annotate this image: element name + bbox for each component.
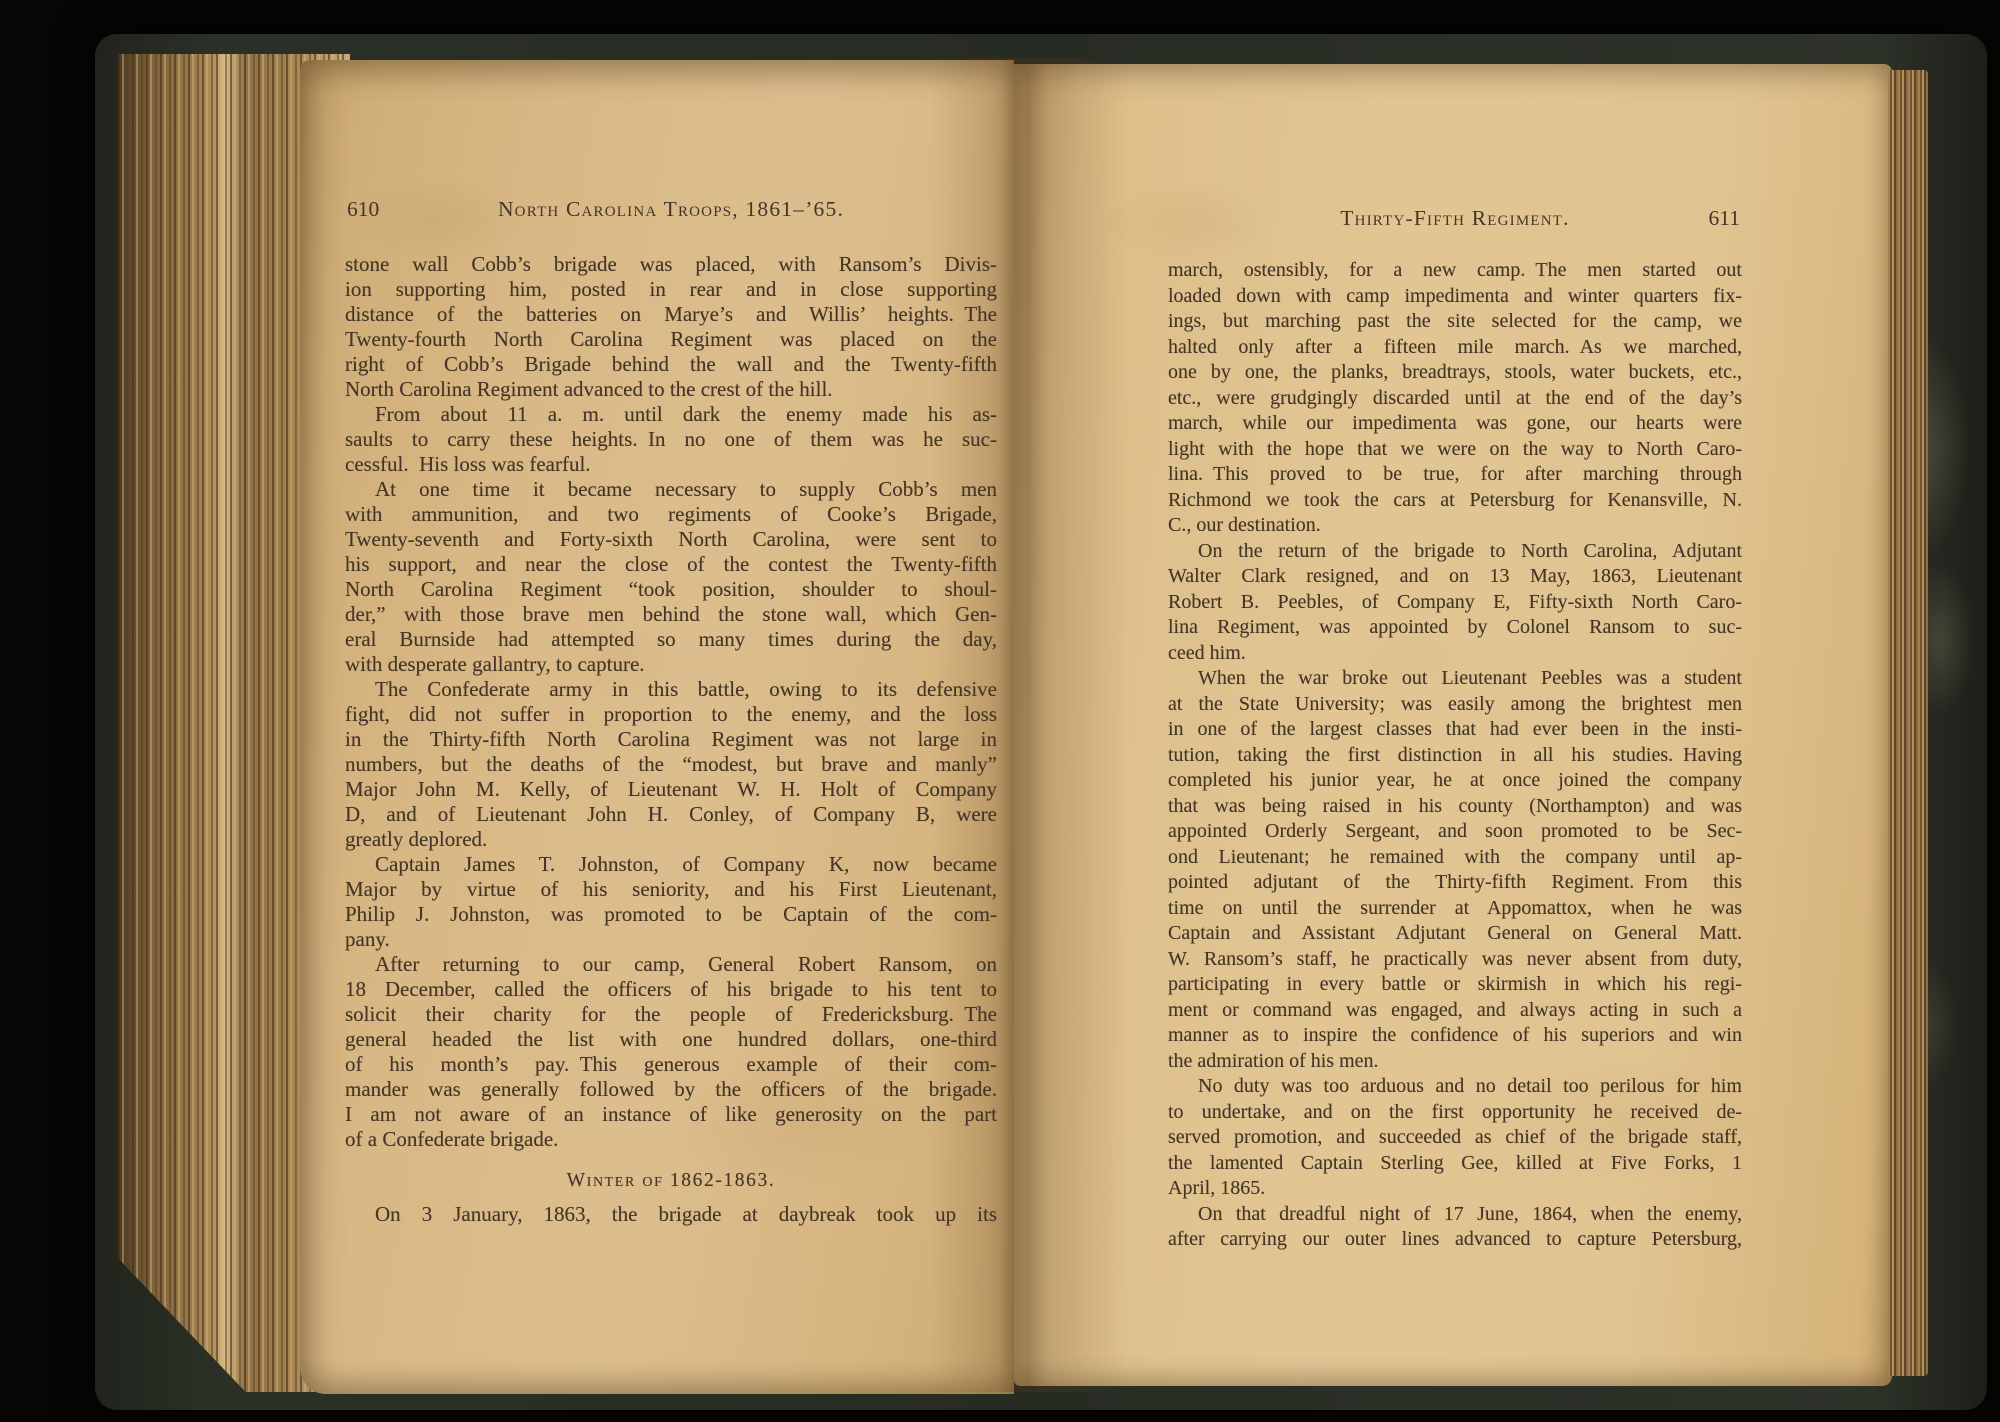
text-line: Major John M. Kelly, of Lieutenant W. H.…	[345, 777, 997, 802]
text-line: North Carolina Regiment “took position, …	[345, 577, 997, 602]
left-page-body: stone wall Cobb’s brigade was placed, wi…	[345, 252, 997, 1227]
paragraph: stone wall Cobb’s brigade was placed, wi…	[345, 252, 997, 402]
text-line: Twenty-fourth North Carolina Regiment wa…	[345, 327, 997, 352]
text-line: When the war broke out Lieutenant Peeble…	[1168, 666, 1742, 692]
text-line: ion supporting him, posted in rear and i…	[345, 277, 997, 302]
text-line: general headed the list with one hundred…	[345, 1027, 997, 1052]
text-line: of a Confederate brigade.	[345, 1127, 997, 1152]
text-line: After returning to our camp, General Rob…	[345, 952, 997, 977]
right-page-number: 611	[1709, 205, 1740, 231]
text-line: participating in every battle or skirmis…	[1168, 972, 1742, 998]
text-line: march, ostensibly, for a new camp. The m…	[1168, 258, 1742, 284]
text-line: ment or command was engaged, and always …	[1168, 998, 1742, 1024]
text-line: right of Cobb’s Brigade behind the wall …	[345, 352, 997, 377]
text-line: Captain James T. Johnston, of Company K,…	[345, 852, 997, 877]
text-line: Major by virtue of his seniority, and hi…	[345, 877, 997, 902]
paragraph: When the war broke out Lieutenant Peeble…	[1168, 666, 1742, 1074]
left-page-number: 610	[347, 196, 379, 222]
text-line: mander was generally followed by the off…	[345, 1077, 997, 1102]
text-line: in the Thirty-fifth North Carolina Regim…	[345, 727, 997, 752]
text-line: Walter Clark resigned, and on 13 May, 18…	[1168, 564, 1742, 590]
text-line: On 3 January, 1863, the brigade at daybr…	[345, 1202, 997, 1227]
text-line: greatly deplored.	[345, 827, 997, 852]
text-line: At one time it became necessary to suppl…	[345, 477, 997, 502]
text-line: 18 December, called the officers of his …	[345, 977, 997, 1002]
text-line: one by one, the planks, breadtrays, stoo…	[1168, 360, 1742, 386]
text-line: to undertake, and on the first opportuni…	[1168, 1100, 1742, 1126]
text-line: lina. This proved to be true, for after …	[1168, 462, 1742, 488]
text-line: loaded down with camp impedimenta and wi…	[1168, 284, 1742, 310]
text-line: Philip J. Johnston, was promoted to be C…	[345, 902, 997, 927]
text-line: D, and of Lieutenant John H. Conley, of …	[345, 802, 997, 827]
text-line: saults to carry these heights. In no one…	[345, 427, 997, 452]
text-line: march, while our impedimenta was gone, o…	[1168, 411, 1742, 437]
text-line: at the State University; was easily amon…	[1168, 692, 1742, 718]
text-line: manner as to inspire the confidence of h…	[1168, 1023, 1742, 1049]
text-line: pany.	[345, 927, 997, 952]
text-line: W. Ransom’s staff, he practically was ne…	[1168, 947, 1742, 973]
paragraph: On the return of the brigade to North Ca…	[1168, 539, 1742, 667]
text-line: der,” with those brave men behind the st…	[345, 602, 997, 627]
left-running-title: North Carolina Troops, 1861–’65.	[345, 196, 997, 222]
text-line: that was being raised in his county (Nor…	[1168, 794, 1742, 820]
text-line: etc., were grudgingly discarded until at…	[1168, 386, 1742, 412]
text-line: ond Lieutenant; he remained with the com…	[1168, 845, 1742, 871]
text-line: numbers, but the deaths of the “modest, …	[345, 752, 997, 777]
text-line: halted only after a fifteen mile march. …	[1168, 335, 1742, 361]
paragraph: On 3 January, 1863, the brigade at daybr…	[345, 1202, 997, 1227]
text-line: I am not aware of an instance of like ge…	[345, 1102, 997, 1127]
open-book-photo: 610 North Carolina Troops, 1861–’65. sto…	[0, 0, 2000, 1422]
page-edge-stack-right	[1888, 70, 1928, 1376]
right-running-title: Thirty-Fifth Regiment.	[1168, 205, 1742, 231]
right-page-text: Thirty-Fifth Regiment. 611 march, ostens…	[1168, 205, 1742, 1253]
text-line: appointed Orderly Sergeant, and soon pro…	[1168, 819, 1742, 845]
text-line: April, 1865.	[1168, 1176, 1742, 1202]
text-line: in one of the largest classes that had e…	[1168, 717, 1742, 743]
text-line: Robert B. Peebles, of Company E, Fifty-s…	[1168, 590, 1742, 616]
text-line: On the return of the brigade to North Ca…	[1168, 539, 1742, 565]
text-line: stone wall Cobb’s brigade was placed, wi…	[345, 252, 997, 277]
text-line: his support, and near the close of the c…	[345, 552, 997, 577]
paragraph: After returning to our camp, General Rob…	[345, 952, 997, 1152]
text-line: solicit their charity for the people of …	[345, 1002, 997, 1027]
text-line: North Carolina Regiment advanced to the …	[345, 377, 997, 402]
text-line: with ammunition, and two regiments of Co…	[345, 502, 997, 527]
text-line: eral Burnside had attempted so many time…	[345, 627, 997, 652]
paragraph: The Confederate army in this battle, owi…	[345, 677, 997, 852]
text-line: of his month’s pay. This generous exampl…	[345, 1052, 997, 1077]
paragraph: No duty was too arduous and no detail to…	[1168, 1074, 1742, 1202]
text-line: tution, taking the first distinction in …	[1168, 743, 1742, 769]
text-line: cessful. His loss was fearful.	[345, 452, 997, 477]
text-line: pointed adjutant of the Thirty-fifth Reg…	[1168, 870, 1742, 896]
paragraph: On that dreadful night of 17 June, 1864,…	[1168, 1202, 1742, 1253]
text-line: distance of the batteries on Marye’s and…	[345, 302, 997, 327]
left-running-head: 610 North Carolina Troops, 1861–’65.	[345, 196, 997, 222]
paragraph: From about 11 a. m. until dark the enemy…	[345, 402, 997, 477]
text-line: From about 11 a. m. until dark the enemy…	[345, 402, 997, 427]
text-line: Twenty-seventh and Forty-sixth North Car…	[345, 527, 997, 552]
paragraph: At one time it became necessary to suppl…	[345, 477, 997, 677]
text-line: with desperate gallantry, to capture.	[345, 652, 997, 677]
text-line: The Confederate army in this battle, owi…	[345, 677, 997, 702]
text-line: Captain and Assistant Adjutant General o…	[1168, 921, 1742, 947]
text-line: after carrying our outer lines advanced …	[1168, 1227, 1742, 1253]
text-line: completed his junior year, he at once jo…	[1168, 768, 1742, 794]
text-line: lina Regiment, was appointed by Colonel …	[1168, 615, 1742, 641]
right-running-head: Thirty-Fifth Regiment. 611	[1168, 205, 1742, 231]
left-page-text: 610 North Carolina Troops, 1861–’65. sto…	[345, 196, 997, 1227]
right-page-body: march, ostensibly, for a new camp. The m…	[1168, 258, 1742, 1253]
paragraph: march, ostensibly, for a new camp. The m…	[1168, 258, 1742, 539]
text-line: No duty was too arduous and no detail to…	[1168, 1074, 1742, 1100]
text-line: the lamented Captain Sterling Gee, kille…	[1168, 1151, 1742, 1177]
text-line: served promotion, and succeeded as chief…	[1168, 1125, 1742, 1151]
text-line: ings, but marching past the site selecte…	[1168, 309, 1742, 335]
text-line: Richmond we took the cars at Petersburg …	[1168, 488, 1742, 514]
text-line: light with the hope that we were on the …	[1168, 437, 1742, 463]
text-line: C., our destination.	[1168, 513, 1742, 539]
text-line: fight, did not suffer in proportion to t…	[345, 702, 997, 727]
section-heading: Winter of 1862-1863.	[345, 1168, 997, 1193]
text-line: On that dreadful night of 17 June, 1864,…	[1168, 1202, 1742, 1228]
text-line: the admiration of his men.	[1168, 1049, 1742, 1075]
text-line: time on until the surrender at Appomatto…	[1168, 896, 1742, 922]
paragraph: Captain James T. Johnston, of Company K,…	[345, 852, 997, 952]
text-line: ceed him.	[1168, 641, 1742, 667]
